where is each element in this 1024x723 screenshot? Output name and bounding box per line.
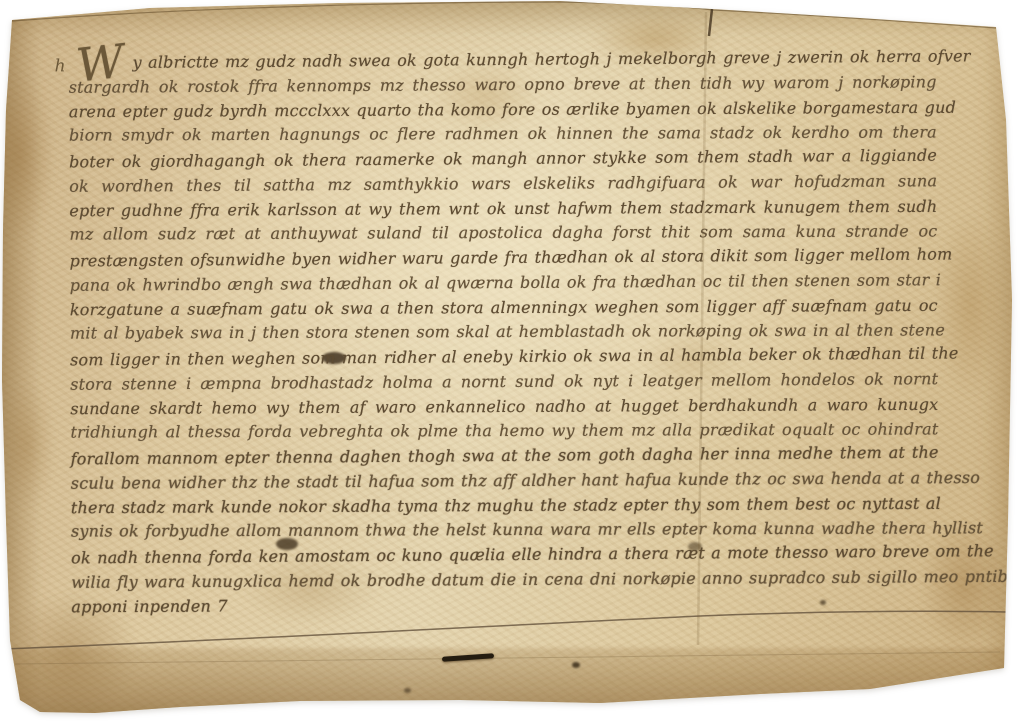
text-line: sculu bena widher thz the stadt til hafu… (71, 468, 939, 494)
text-line: apponi inpenden 7 (71, 596, 227, 617)
text-line: ok nadh thenna forda ken amostam oc kuno… (71, 542, 939, 569)
ink-speck (404, 688, 411, 693)
text-line: mz allom sudz ræt at anthuywat suland ti… (69, 222, 937, 245)
text-line: epter gudhne ffra erik karlsson at wy th… (69, 196, 937, 220)
scribal-mark: h (55, 56, 66, 76)
text-line: arena epter gudz byrdh mccclxxx quarto t… (69, 97, 937, 121)
text-lines: h W y albrictte mz gudz nadh swea ok got… (68, 48, 939, 633)
text-line: wilia fly wara kunugxlica hemd ok brodhe… (71, 567, 939, 593)
text-line: pana ok hwrindbo ængh swa thædhan ok al … (70, 270, 938, 296)
text-line: boter ok giordhagangh ok thera raamerke … (69, 146, 937, 173)
text-line: stargardh ok rostok ffra kennomps mz the… (69, 72, 937, 98)
parchment-document: h W y albrictte mz gudz nadh swea ok got… (0, 0, 1024, 723)
text-line: mit al byabek swa in j then stora stenen… (70, 321, 938, 344)
text-line: forallom mannom epter thenna daghen thog… (71, 443, 939, 470)
ink-speck (572, 662, 580, 668)
stain (935, 210, 1005, 400)
plica-fold-band (0, 648, 1024, 718)
text-line: thera stadz mark kunde nokor skadha tyma… (71, 493, 939, 517)
text-line: korzgatune a suæfnam gatu ok swa a then … (70, 295, 938, 319)
text-line: ok wordhen thes til sattha mz samthykkio… (69, 171, 937, 197)
text-line: stora stenne i æmpna brodhastadz holma a… (70, 369, 938, 395)
photo-background: h W y albrictte mz gudz nadh swea ok got… (0, 0, 1024, 723)
text-line: som ligger in then weghen som man ridher… (70, 344, 938, 371)
parchment-wrap: h W y albrictte mz gudz nadh swea ok got… (0, 0, 1024, 723)
text-line: tridhiungh al thessa forda vebreghta ok … (70, 420, 938, 443)
text-line: synis ok forbyudhe allom mannom thwa the… (71, 519, 939, 542)
stain (0, 380, 55, 510)
text-line: sundane skardt hemo wy them af waro enka… (70, 394, 938, 418)
text-line: biorn smydr ok marten hagnungs oc flere … (69, 123, 937, 146)
text-line: prestængsten ofsunwidhe byen widher waru… (70, 245, 938, 272)
text-line: y albrictte mz gudz nadh swea ok gota ku… (68, 47, 936, 74)
